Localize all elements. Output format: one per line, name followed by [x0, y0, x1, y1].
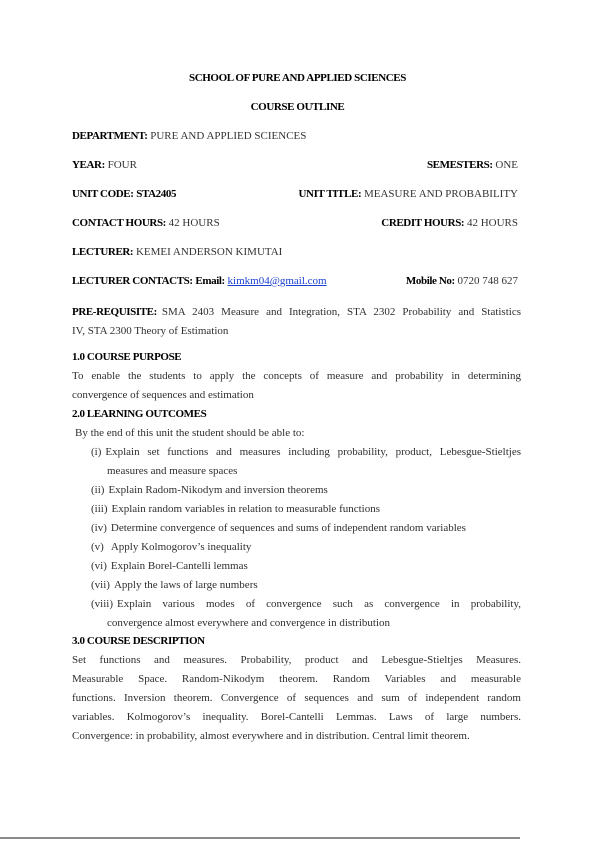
- outcome-text-continued: convergence almost everywhere and conver…: [107, 617, 390, 629]
- learning-outcome-item: (v)Apply Kolmogorov’s inequality: [91, 541, 251, 553]
- outcome-text: Apply Kolmogorov’s inequality: [111, 541, 252, 553]
- semesters-label: SEMESTERS:: [427, 159, 493, 171]
- outcome-text: Explain various modes of convergence suc…: [117, 598, 521, 610]
- course-description-line: Convergence: in probability, almost ever…: [72, 727, 521, 746]
- semesters-value: ONE: [495, 159, 518, 171]
- prerequisite-line-1: PRE-REQUISITE: SMA 2403 Measure and Inte…: [72, 303, 521, 322]
- outcome-number: (ii): [91, 484, 104, 496]
- prerequisite-label: PRE-REQUISITE:: [72, 303, 157, 322]
- course-purpose-line-2: convergence of sequences and estimation: [72, 386, 521, 405]
- outcome-number: (iv): [91, 522, 107, 534]
- outcome-number: (v): [91, 541, 104, 553]
- course-purpose-heading: 1.0 COURSE PURPOSE: [72, 351, 181, 363]
- unit-code-label: UNIT CODE:: [72, 188, 134, 200]
- course-purpose-line-1: To enable the students to apply the conc…: [72, 367, 521, 386]
- course-description-line: functions. Inversion theorem. Convergenc…: [72, 689, 521, 708]
- learning-outcome-item: (i)Explain set functions and measures in…: [91, 446, 521, 458]
- course-description-text: Set functions and measures. Probability,…: [72, 651, 521, 746]
- contact-hours-label: CONTACT HOURS:: [72, 217, 166, 229]
- outcome-number: (vii): [91, 579, 110, 591]
- school-name: SCHOOL OF PURE AND APPLIED SCIENCES: [0, 72, 595, 84]
- outcome-text: Determine convergence of sequences and s…: [111, 522, 466, 534]
- lecturer-value: KEMEI ANDERSON KIMUTAI: [136, 246, 282, 258]
- outcome-text-continued: measures and measure spaces: [107, 465, 237, 477]
- prerequisite-text-2: IV, STA 2300 Theory of Estimation: [72, 322, 521, 341]
- mobile-label: Mobile No:: [406, 275, 455, 287]
- unit-title-label: UNIT TITLE:: [298, 188, 361, 200]
- unit-code-row: UNIT CODE: STA2405: [72, 188, 176, 200]
- outcome-text: Explain Radom-Nikodym and inversion theo…: [108, 484, 327, 496]
- year-label: YEAR:: [72, 159, 105, 171]
- outcome-text: Explain random variables in relation to …: [112, 503, 381, 515]
- mobile-value: 0720 748 627: [458, 275, 519, 287]
- learning-outcome-item: (vii)Apply the laws of large numbers: [91, 579, 258, 591]
- page-bottom-rule: [0, 837, 520, 839]
- course-purpose-text: To enable the students to apply the conc…: [72, 367, 521, 405]
- email-label: Email:: [195, 275, 224, 287]
- learning-outcome-item: (iii)Explain random variables in relatio…: [91, 503, 380, 515]
- course-description-line: variables. Kolmogorov’s inequality. Bore…: [72, 708, 521, 727]
- credit-hours-row: CREDIT HOURS: 42 HOURS: [381, 217, 518, 229]
- unit-title-row: UNIT TITLE: MEASURE AND PROBABILITY: [298, 188, 518, 200]
- year-row: YEAR: FOUR: [72, 159, 137, 171]
- learning-outcome-item: (viii)Explain various modes of convergen…: [91, 598, 521, 610]
- learning-outcomes-intro: By the end of this unit the student shou…: [75, 427, 304, 439]
- credit-hours-value: 42 HOURS: [467, 217, 518, 229]
- outcome-number: (vi): [91, 560, 107, 572]
- learning-outcome-item: (ii)Explain Radom-Nikodym and inversion …: [91, 484, 328, 496]
- lecturer-label: LECTURER:: [72, 246, 133, 258]
- document-title: COURSE OUTLINE: [0, 101, 595, 113]
- department-label: DEPARTMENT:: [72, 130, 147, 142]
- course-description-line: Measurable Space. Random-Nikodym theorem…: [72, 670, 521, 689]
- learning-outcome-item: (vi)Explain Borel-Cantelli lemmas: [91, 560, 248, 572]
- outcome-number: (iii): [91, 503, 108, 515]
- department-row: DEPARTMENT: PURE AND APPLIED SCIENCES: [72, 130, 306, 142]
- mobile-row: Mobile No: 0720 748 627: [406, 275, 518, 287]
- department-value: PURE AND APPLIED SCIENCES: [150, 130, 306, 142]
- course-description-heading: 3.0 COURSE DESCRIPTION: [72, 635, 205, 647]
- outcome-text: Apply the laws of large numbers: [114, 579, 258, 591]
- outcome-number: (i): [91, 446, 101, 458]
- learning-outcome-item: (iv)Determine convergence of sequences a…: [91, 522, 466, 534]
- credit-hours-label: CREDIT HOURS:: [381, 217, 464, 229]
- semesters-row: SEMESTERS: ONE: [427, 159, 518, 171]
- unit-title-value: MEASURE AND PROBABILITY: [364, 188, 518, 200]
- lecturer-row: LECTURER: KEMEI ANDERSON KIMUTAI: [72, 246, 282, 258]
- outcome-text: Explain Borel-Cantelli lemmas: [111, 560, 248, 572]
- unit-code-value: STA2405: [136, 188, 176, 200]
- outcome-number: (viii): [91, 598, 113, 610]
- prerequisite-block: PRE-REQUISITE: SMA 2403 Measure and Inte…: [72, 303, 521, 341]
- contacts-label: LECTURER CONTACTS:: [72, 275, 193, 287]
- prerequisite-text-1: SMA 2403 Measure and Integration, STA 23…: [162, 303, 521, 322]
- email-link[interactable]: kimkm04@gmail.com: [228, 275, 327, 287]
- year-value: FOUR: [108, 159, 137, 171]
- outcome-text: Explain set functions and measures inclu…: [105, 446, 521, 458]
- course-description-line: Set functions and measures. Probability,…: [72, 651, 521, 670]
- learning-outcomes-heading: 2.0 LEARNING OUTCOMES: [72, 408, 206, 420]
- contact-hours-row: CONTACT HOURS: 42 HOURS: [72, 217, 220, 229]
- contact-hours-value: 42 HOURS: [169, 217, 220, 229]
- lecturer-contacts-row: LECTURER CONTACTS: Email: kimkm04@gmail.…: [72, 275, 327, 287]
